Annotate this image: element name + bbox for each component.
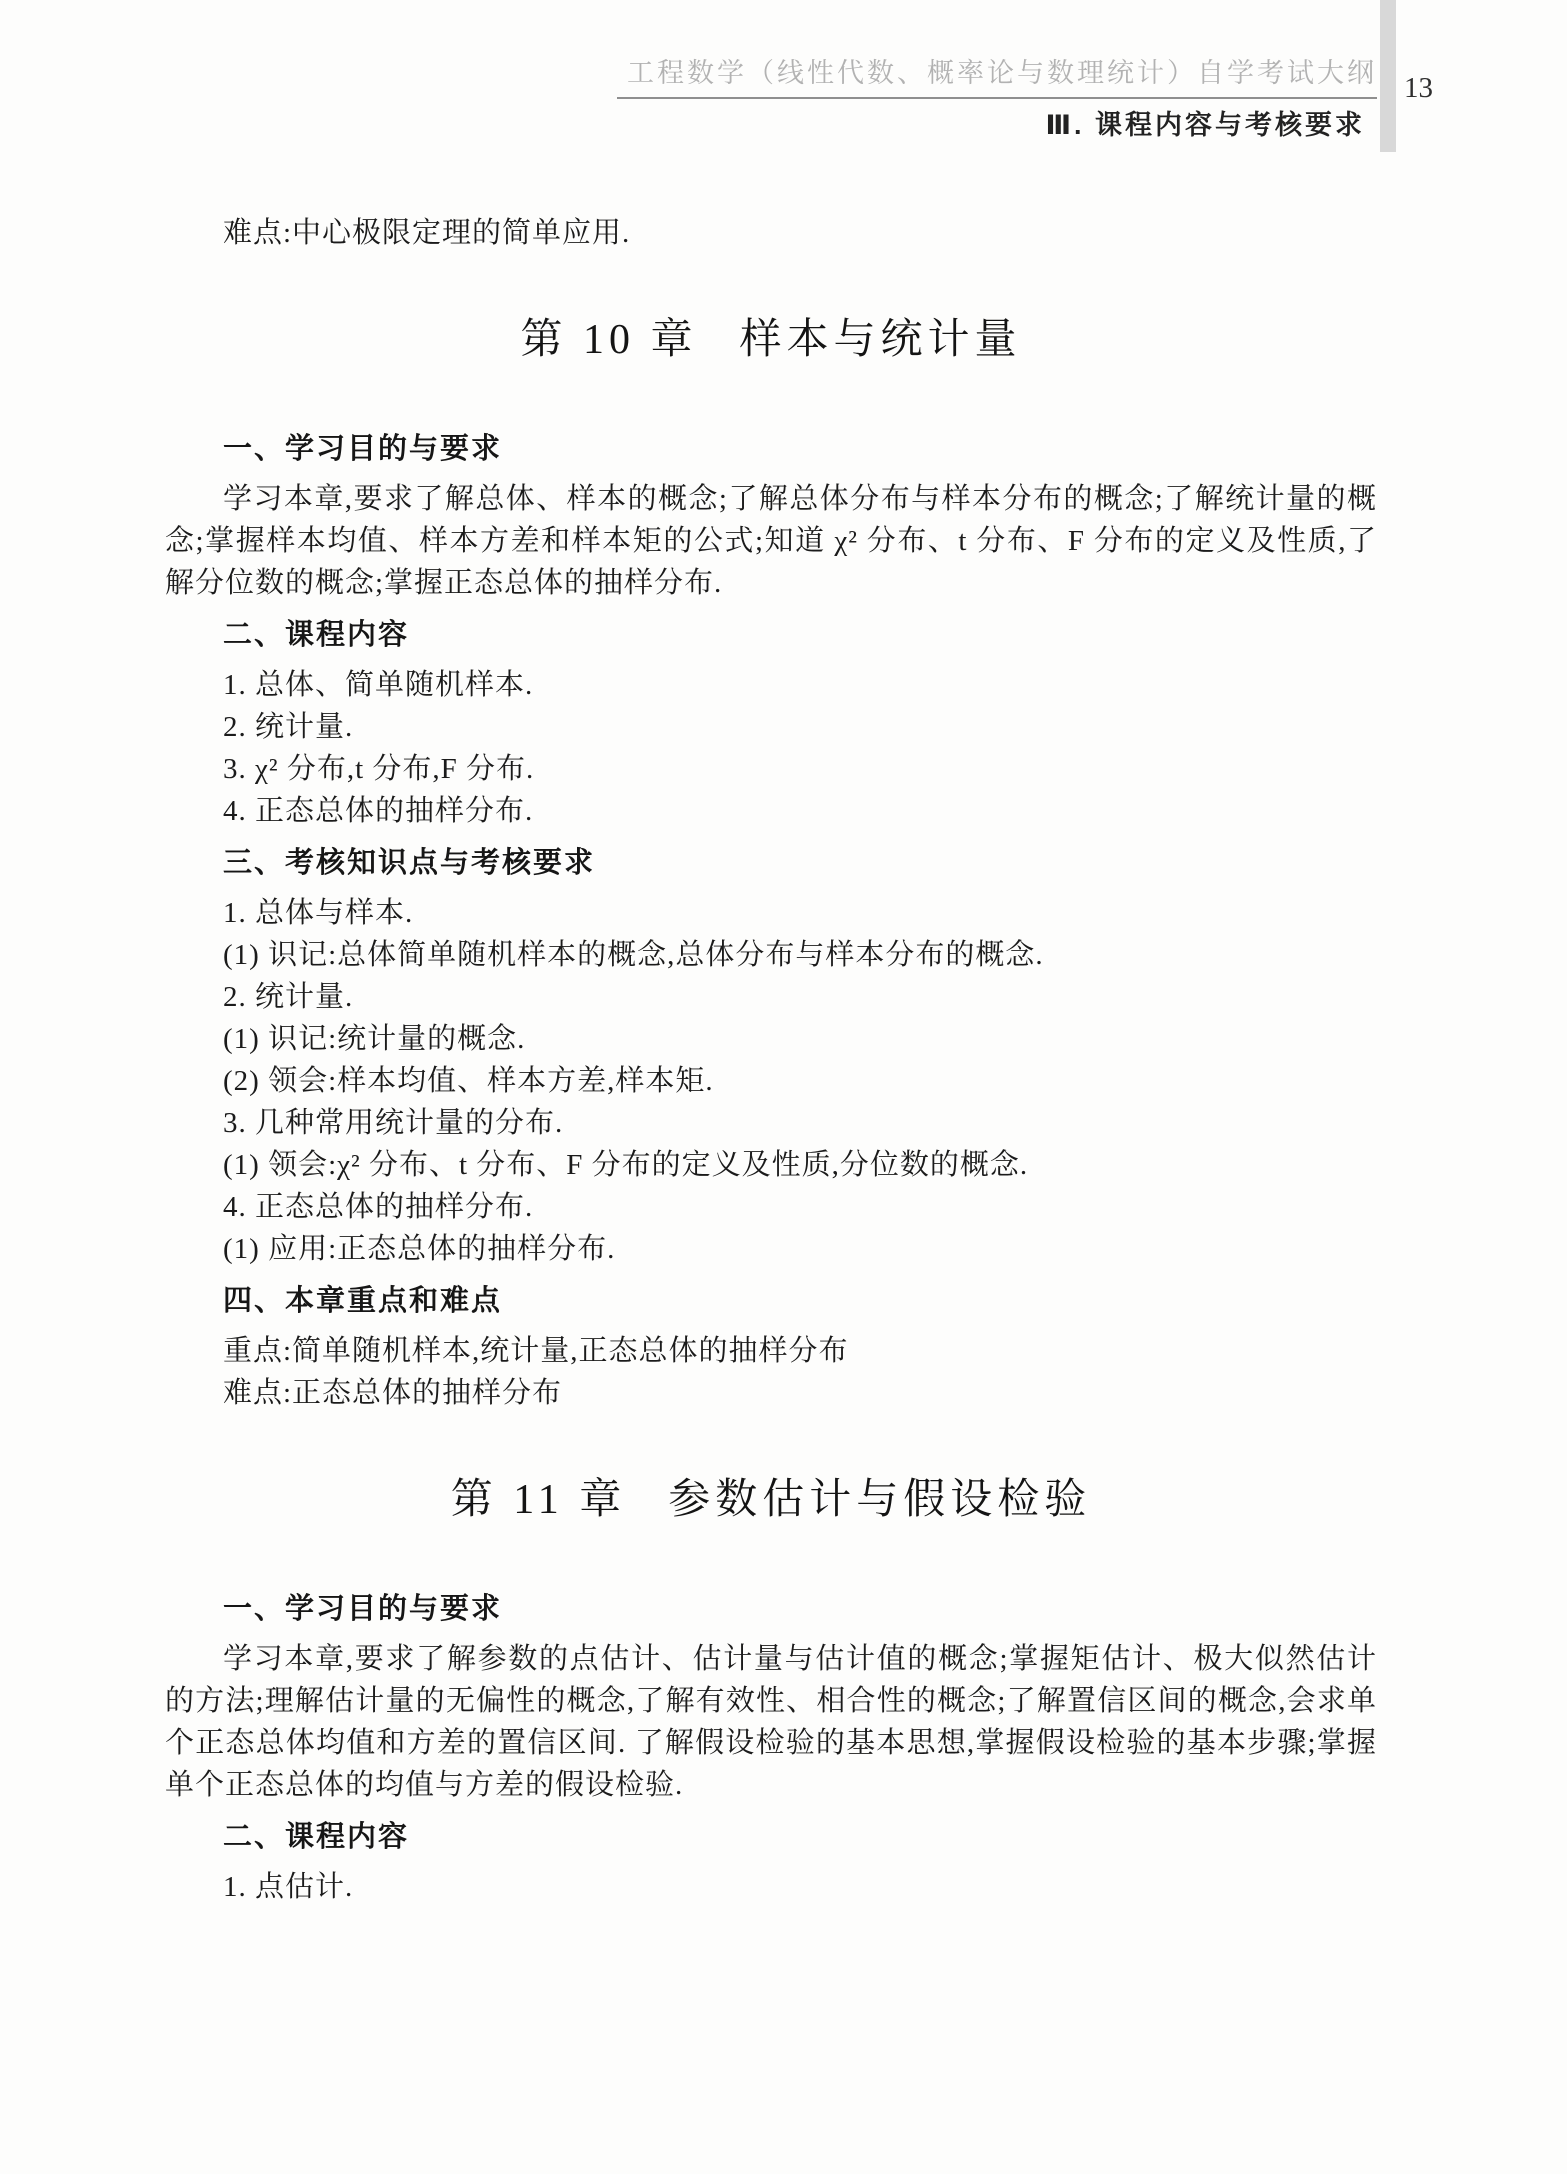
list-item: (1) 领会:χ² 分布、t 分布、F 分布的定义及性质,分位数的概念. xyxy=(165,1144,1377,1186)
ch10-assessment-list: 1. 总体与样本. (1) 识记:总体简单随机样本的概念,总体分布与样本分布的概… xyxy=(165,892,1377,1270)
ch11-course-content-heading: 二、课程内容 xyxy=(165,1816,1377,1858)
list-item: 3. χ² 分布,t 分布,F 分布. xyxy=(165,748,1377,790)
prev-chapter-difficulty-line: 难点:中心极限定理的简单应用. xyxy=(165,212,1377,254)
list-item: (2) 领会:样本均值、样本方差,样本矩. xyxy=(165,1060,1377,1102)
list-item: 2. 统计量. xyxy=(165,976,1377,1018)
list-item: (1) 识记:统计量的概念. xyxy=(165,1018,1377,1060)
ch10-assessment-heading: 三、考核知识点与考核要求 xyxy=(165,842,1377,884)
page-content: 难点:中心极限定理的简单应用. 第 10 章样本与统计量 一、学习目的与要求 学… xyxy=(165,212,1377,1908)
chapter-11-title: 第 11 章参数估计与假设检验 xyxy=(165,1474,1377,1526)
chapter-11-name: 参数估计与假设检验 xyxy=(668,1477,1091,1523)
list-item: 1. 点估计. xyxy=(165,1866,1377,1908)
ch10-objectives-paragraph: 学习本章,要求了解总体、样本的概念;了解总体分布与样本分布的概念;了解统计量的概… xyxy=(165,478,1377,604)
ch11-objectives-heading: 一、学习目的与要求 xyxy=(165,1588,1377,1630)
page-number: 13 xyxy=(1404,72,1433,105)
ch10-key-points-heading: 四、本章重点和难点 xyxy=(165,1280,1377,1322)
document-page: 工程数学（线性代数、概率论与数理统计）自学考试大纲 Ⅲ. 课程内容与考核要求 1… xyxy=(0,0,1567,2174)
list-item: 4. 正态总体的抽样分布. xyxy=(165,790,1377,832)
chapter-10-name: 样本与统计量 xyxy=(740,317,1022,363)
ch10-course-content-list: 1. 总体、简单随机样本. 2. 统计量. 3. χ² 分布,t 分布,F 分布… xyxy=(165,664,1377,832)
list-item: 1. 总体、简单随机样本. xyxy=(165,664,1377,706)
chapter-10-number: 第 10 章 xyxy=(520,317,697,363)
difficulty-line: 难点:正态总体的抽样分布 xyxy=(165,1372,1377,1414)
list-item: (1) 识记:总体简单随机样本的概念,总体分布与样本分布的概念. xyxy=(165,934,1377,976)
list-item: (1) 应用:正态总体的抽样分布. xyxy=(165,1228,1377,1270)
page-edge-bar xyxy=(1380,0,1396,152)
book-title: 工程数学（线性代数、概率论与数理统计）自学考试大纲 xyxy=(617,56,1377,99)
list-item: 2. 统计量. xyxy=(165,706,1377,748)
ch11-objectives-paragraph: 学习本章,要求了解参数的点估计、估计量与估计值的概念;掌握矩估计、极大似然估计的… xyxy=(165,1638,1377,1806)
ch10-objectives-heading: 一、学习目的与要求 xyxy=(165,428,1377,470)
running-head: 工程数学（线性代数、概率论与数理统计）自学考试大纲 Ⅲ. 课程内容与考核要求 xyxy=(617,56,1377,141)
ch10-course-content-heading: 二、课程内容 xyxy=(165,614,1377,656)
list-item: 4. 正态总体的抽样分布. xyxy=(165,1186,1377,1228)
list-item: 1. 总体与样本. xyxy=(165,892,1377,934)
ch11-course-content-list: 1. 点估计. xyxy=(165,1866,1377,1908)
list-item: 3. 几种常用统计量的分布. xyxy=(165,1102,1377,1144)
ch10-key-points-lines: 重点:简单随机样本,统计量,正态总体的抽样分布 难点:正态总体的抽样分布 xyxy=(165,1330,1377,1414)
key-point-line: 重点:简单随机样本,统计量,正态总体的抽样分布 xyxy=(165,1330,1377,1372)
chapter-10-title: 第 10 章样本与统计量 xyxy=(165,314,1377,366)
section-title: Ⅲ. 课程内容与考核要求 xyxy=(617,109,1377,141)
chapter-11-number: 第 11 章 xyxy=(451,1477,626,1523)
